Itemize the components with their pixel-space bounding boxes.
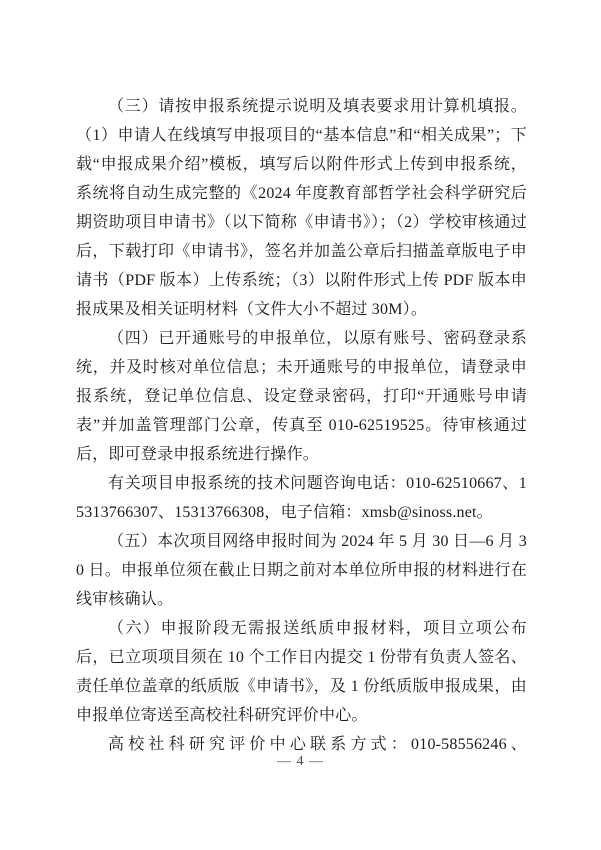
document-page: （三）请按申报系统提示说明及填表要求用计算机填报。（1）申请人在线填写申报项目的…	[0, 0, 601, 850]
paragraph-item-6: （六）申报阶段无需报送纸质申报材料，项目立项公布后，已立项项目须在 10 个工作…	[76, 614, 527, 730]
paragraph-contact-phones: 有关项目申报系统的技术问题咨询电话：010-62510667、153137663…	[76, 469, 527, 527]
paragraph-item-4: （四）已开通账号的申报单位，以原有账号、密码登录系统，并及时核对单位信息；未开通…	[76, 324, 527, 469]
paragraph-item-3: （三）请按申报系统提示说明及填表要求用计算机填报。（1）申请人在线填写申报项目的…	[76, 92, 527, 324]
document-body: （三）请按申报系统提示说明及填表要求用计算机填报。（1）申请人在线填写申报项目的…	[76, 92, 527, 759]
paragraph-item-5: （五）本次项目网络申报时间为 2024 年 5 月 30 日—6 月 30 日。…	[76, 527, 527, 614]
page-number: — 4 —	[0, 753, 601, 771]
